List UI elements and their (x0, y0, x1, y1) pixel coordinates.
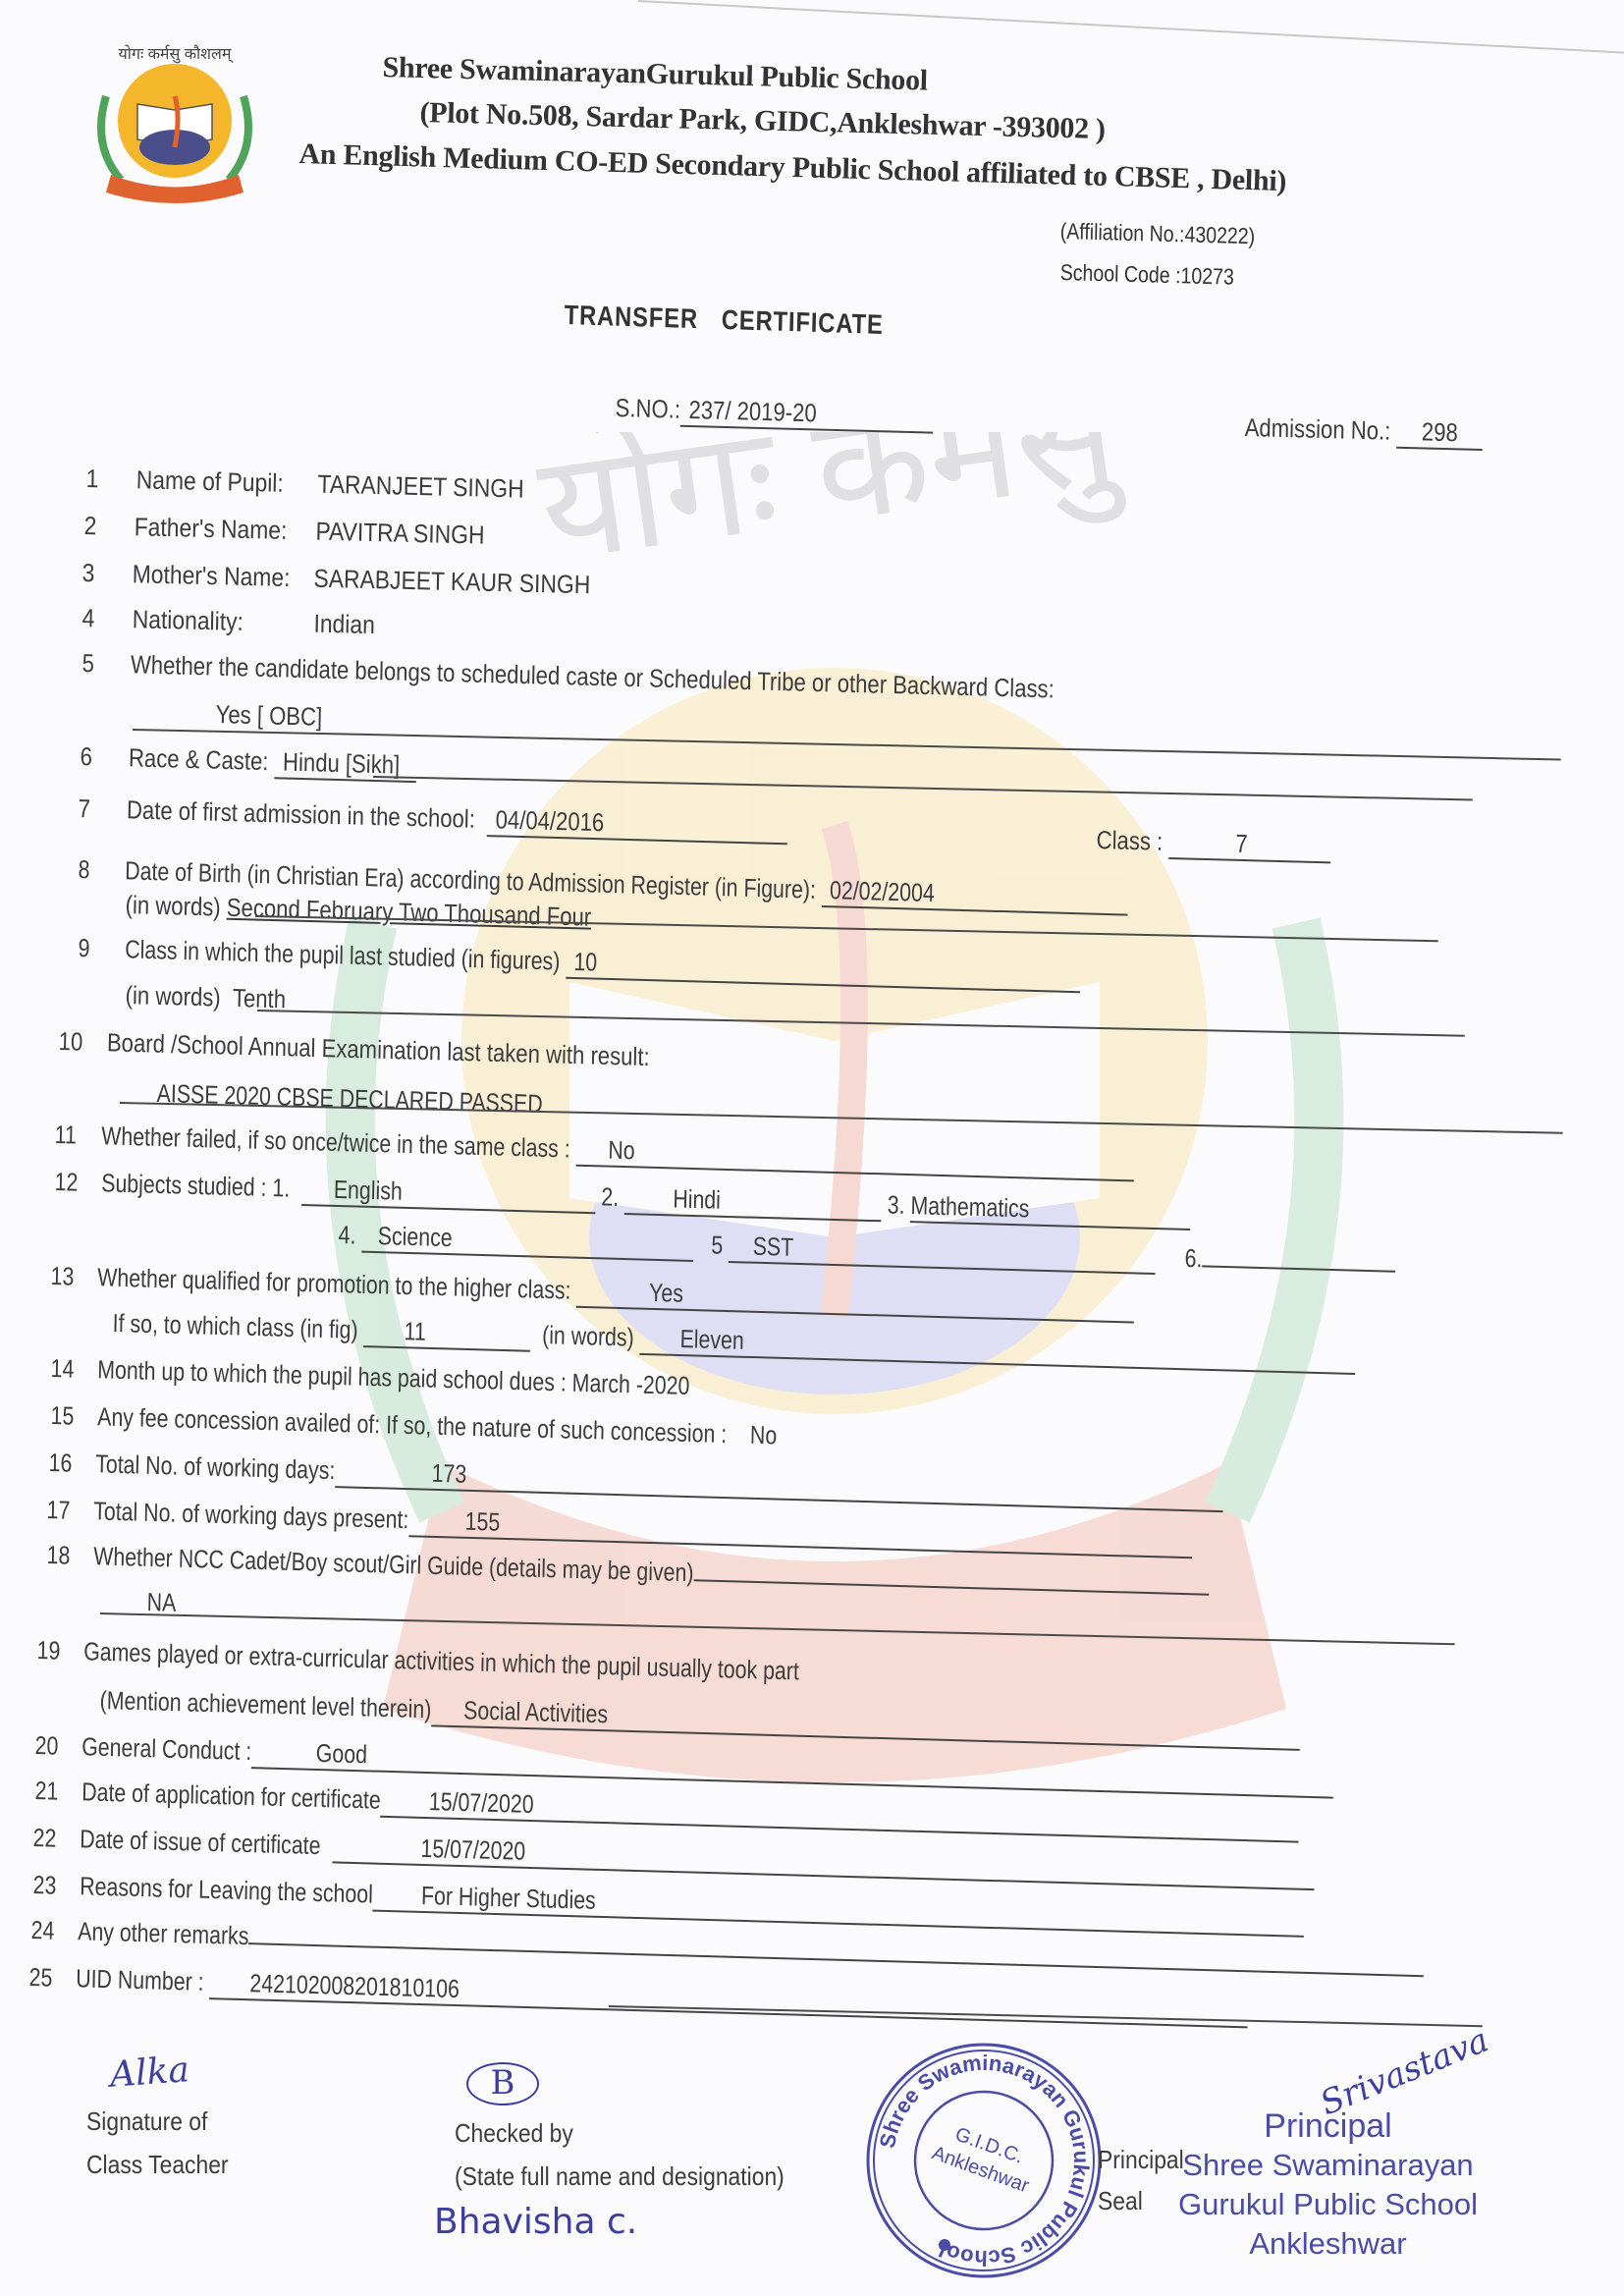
subject-2: Hindi (624, 1182, 882, 1222)
category-value: Yes [ OBC] (215, 699, 322, 733)
working-days-value: 173 (335, 1455, 1223, 1512)
last-class-value: 10 (566, 947, 1080, 993)
father-name-value: PAVITRA SINGH (315, 517, 485, 550)
field-activities: 19Games played or extra-curricular activ… (36, 1635, 799, 1686)
first-admission-value: 04/04/2016 (487, 804, 788, 845)
rule (255, 915, 1438, 942)
dues-paid-value: March -2020 (571, 1368, 689, 1400)
class-teacher-signature: Alka (109, 2050, 190, 2096)
checked-by-label: Checked by (State full name and designat… (455, 2111, 785, 2198)
sno-value: 237/ 2019-20 (680, 395, 934, 434)
field-fee-concession: 15Any fee concession availed of: If so, … (50, 1400, 777, 1450)
pupil-name-value: TARANJEET SINGH (317, 469, 524, 504)
field-nationality: 4Nationality:Indian (81, 603, 375, 640)
sno-label: S.NO.: (615, 393, 680, 424)
subject-1: English (301, 1174, 596, 1214)
school-logo: योगः कर्मसु कौशलम् (86, 37, 263, 209)
promotion-class-value: 11 (363, 1315, 530, 1352)
field-dues-paid: 14Month up to which the pupil has paid s… (50, 1353, 689, 1401)
rule (373, 776, 1473, 800)
admission-class: Class : 7 (1096, 825, 1331, 863)
uid-value: 242102008201810106 (209, 1967, 1248, 2028)
last-exam-value: AISSE 2020 CBSE DECLARED PASSED (156, 1078, 542, 1120)
field-category: 5Whether the candidate belongs to schedu… (81, 648, 1055, 704)
promotion-value: Yes (576, 1276, 1134, 1324)
dob-value: 02/02/2004 (822, 875, 1128, 916)
school-name: Shree SwaminarayanGurukul Public School (382, 51, 928, 98)
rule (100, 1613, 1455, 1645)
title-word-transfer: TRANSFER (564, 300, 698, 334)
field-subjects-row2: 4. Science 5 SST 6. (338, 1220, 1395, 1282)
school-address: (Plot No.508, Sardar Park, GIDC,Ankleshw… (419, 96, 1106, 146)
subject-3: Mathematics (910, 1190, 1190, 1230)
svg-text:योगः कर्मसु कौशलम्: योगः कर्मसु कौशलम् (119, 44, 235, 64)
affiliation-number: (Affiliation No.:430222) (1059, 218, 1255, 249)
title-word-certificate: CERTIFICATE (721, 304, 884, 340)
subject-6 (1202, 1265, 1395, 1272)
field-last-exam: 10Board /School Annual Examination last … (58, 1026, 650, 1072)
mother-name-value: SARABJEET KAUR SINGH (313, 564, 590, 600)
checked-by-initial: B (466, 2062, 539, 2105)
rule (257, 1010, 1465, 1037)
subject-5: SST (729, 1230, 1157, 1275)
promotion-class-words: Eleven (639, 1323, 1356, 1375)
failed-value: No (575, 1134, 1134, 1182)
field-mother-name: 3Mother's Name:SARABJEET KAUR SINGH (81, 558, 590, 600)
admission-value: 298 (1396, 416, 1483, 451)
field-race-caste: 6Race & Caste: Hindu [Sikh] (80, 741, 416, 783)
field-father-name: 2Father's Name:PAVITRA SINGH (83, 511, 484, 551)
principal-title: Principal (1178, 2106, 1478, 2146)
nationality-value: Indian (313, 609, 375, 639)
admission-label: Admission No.: (1244, 412, 1390, 446)
document-title: TRANSFERCERTIFICATE (564, 300, 907, 342)
fee-concession-value: No (750, 1420, 778, 1450)
admission-number: Admission No.: 298 (1244, 412, 1483, 451)
class-teacher-label: Signature of Class Teacher (86, 2100, 229, 2186)
checked-by-name: Bhavisha c. (434, 2202, 637, 2242)
activities-value: Social Activities (431, 1694, 1300, 1750)
scan-edge (638, 0, 1624, 54)
days-present-value: 155 (408, 1504, 1193, 1558)
serial-number: S.NO.:237/ 2019-20 (615, 393, 934, 434)
svg-text:योगः कर्मसु: योगः कर्मसु (530, 432, 1129, 601)
school-code: School Code :10273 (1059, 259, 1234, 291)
field-pupil-name: 1Name of Pupil:TARANJEET SINGH (85, 464, 524, 505)
principal-seal-label: Principal Seal (1098, 2139, 1184, 2221)
principal-stamp-block: Principal Shree Swaminarayan Gurukul Pub… (1178, 2106, 1478, 2264)
remarks-value (248, 1942, 1424, 1977)
subject-4: Science (361, 1221, 694, 1262)
school-seal-stamp: Shree Swaminarayan Gurukul Public School… (864, 2041, 1105, 2281)
admission-class-value: 7 (1168, 827, 1331, 863)
school-tagline: An English Medium CO-ED Secondary Public… (298, 137, 1286, 198)
field-first-admission: 7Date of first admission in the school: … (78, 793, 787, 845)
